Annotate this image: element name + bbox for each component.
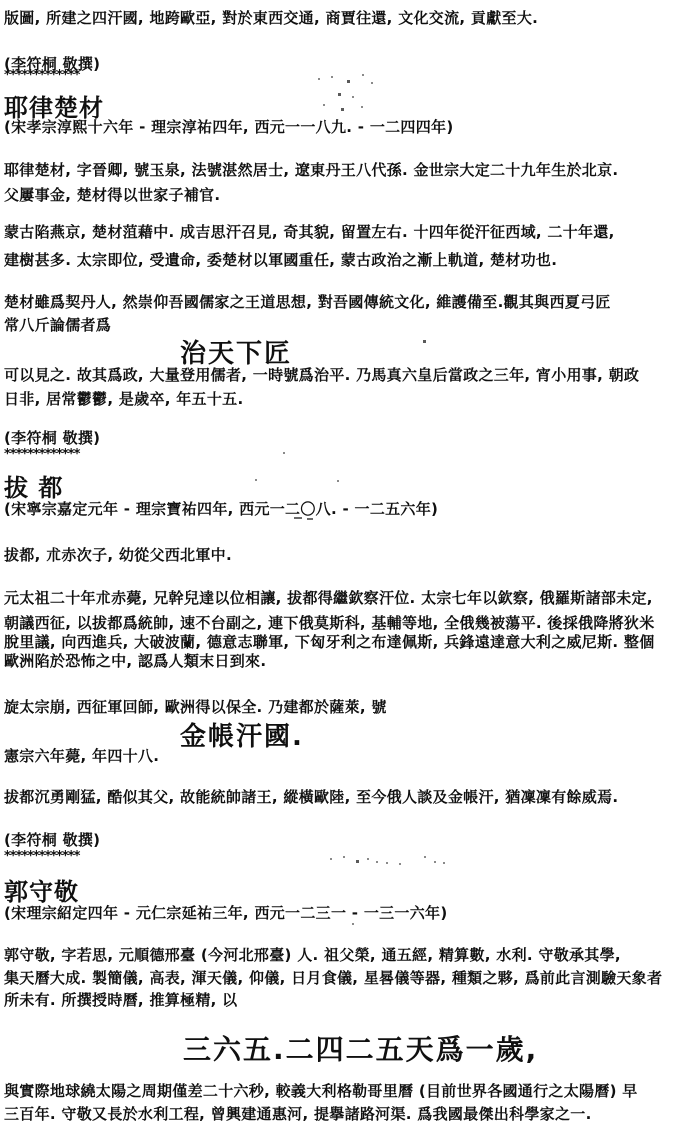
- paragraph-line: 楚材雖爲契丹人, 然崇仰吾國儒家之王道思想, 對吾國傳統文化, 維護備至.觀其與…: [4, 291, 611, 312]
- paragraph-line: 旋太宗崩, 西征軍回師, 歐洲得以保全. 乃建都於薩萊, 號: [4, 696, 387, 717]
- paragraph-line: 三百年. 守敬又長於水利工程, 曾興建通惠河, 提擧諸路河渠. 爲我國最傑出科學…: [4, 1103, 592, 1123]
- author-byline: (李符桐 敬撰): [4, 427, 100, 448]
- paragraph-line: 可以見之. 故其爲政, 大量登用儒者, 一時號爲治平. 乃馬真六皇后當政之三年,…: [4, 364, 639, 385]
- paragraph-line: 元太祖二十年朮赤薨, 兄幹兒達以位相讓, 拔都得繼欽察汗位. 太宗七年以欽察, …: [4, 587, 653, 608]
- paragraph-line: 拔都, 朮赤次子, 幼從父西北軍中.: [4, 544, 232, 565]
- paragraph-line: 歐洲陷於恐怖之中, 認爲人類末日到來.: [4, 650, 266, 671]
- separator-stars: *************: [4, 849, 79, 864]
- paragraph-line: 蒙古陷燕京, 楚材菹藉中. 成吉思汗召見, 奇其貌, 留置左右. 十四年從汗征西…: [4, 221, 615, 242]
- center-heading: 三六五.二四二五天爲一歲,: [183, 1028, 538, 1068]
- section-dates: (宋理宗紹定四年 - 元仁宗延祐三年, 西元一二三一 - 一三一六年): [4, 902, 447, 923]
- separator-stars: *************: [4, 447, 79, 462]
- section-dates: (宋寧宗嘉定元年 - 理宗寶祐四年, 西元一二〇八. - 一二五六年): [4, 498, 438, 519]
- intro-line: 版圖, 所建之四汗國, 地跨歐亞, 對於東西交通, 商賈往還, 文化交流, 貢獻…: [4, 7, 538, 28]
- paragraph-line: 憲宗六年薨, 年四十八.: [4, 745, 159, 766]
- author-byline: (李符桐 敬撰): [4, 829, 100, 850]
- paragraph-line: 脫里議, 向西進兵, 大破波蘭, 德意志聯軍, 下匈牙利之布達佩斯, 兵鋒遠達意…: [4, 631, 655, 652]
- section-dates: (宋孝宗淳熙十六年 - 理宗淳祐四年, 西元一一八九. - 一二四四年): [4, 116, 453, 137]
- document-page: 版圖, 所建之四汗國, 地跨歐亞, 對於東西交通, 商賈往還, 文化交流, 貢獻…: [0, 0, 690, 1123]
- paragraph-line: 拔都沉勇剛猛, 酷似其父, 故能統帥諸王, 縱橫歐陸, 至今俄人談及金帳汗, 猶…: [4, 786, 618, 807]
- paragraph-line: 常八斤論儒者爲: [4, 314, 111, 335]
- paragraph-line: 所未有. 所撰授時曆, 推算極精, 以: [4, 989, 237, 1010]
- paragraph-line: 與實際地球繞太陽之周期僅差二十六秒, 較義大利格勒哥里曆 (目前世界各國通行之太…: [4, 1080, 638, 1101]
- paragraph-line: 耶律楚材, 字晉卿, 號玉泉, 法號湛然居士, 遼東丹王八代孫. 金世宗大定二十…: [4, 159, 618, 180]
- paragraph-line: 父屢事金, 楚材得以世家子補官.: [4, 184, 220, 205]
- paragraph-line: 郭守敬, 字若思, 元順德邢臺 (今河北邢臺) 人. 祖父榮, 通五經, 精算數…: [4, 944, 621, 965]
- paragraph-line: 建樹甚多. 太宗即位, 受遺命, 委楚材以軍國重任, 蒙古政治之漸上軌道, 楚材…: [4, 249, 557, 270]
- paragraph-line: 朝議西征, 以拔都爲統帥, 速不台副之, 連下俄莫斯科, 基輔等地, 全俄幾被蕩…: [4, 612, 655, 633]
- paragraph-line: 日非, 居常鬱鬱, 是歲卒, 年五十五.: [4, 388, 243, 409]
- separator-stars: *************: [4, 68, 79, 83]
- paragraph-line: 集天曆大成. 製簡儀, 高表, 渾天儀, 仰儀, 日月食儀, 星晷儀等器, 種類…: [4, 967, 662, 988]
- center-heading: 金帳汗國.: [180, 716, 304, 753]
